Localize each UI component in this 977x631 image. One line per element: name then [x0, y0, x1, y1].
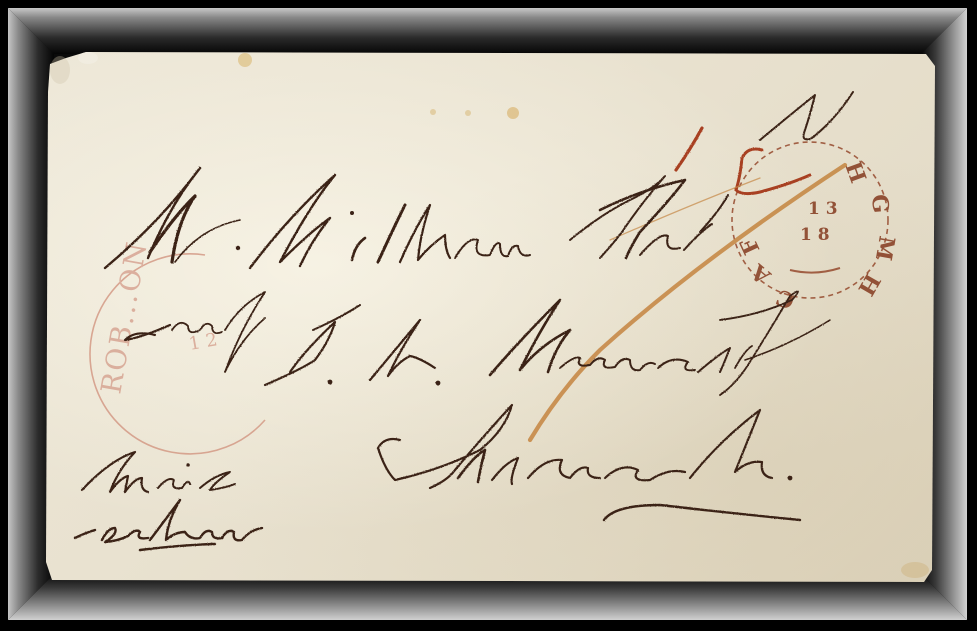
frame-bevel-top — [8, 8, 967, 54]
envelope-cover — [46, 52, 935, 582]
